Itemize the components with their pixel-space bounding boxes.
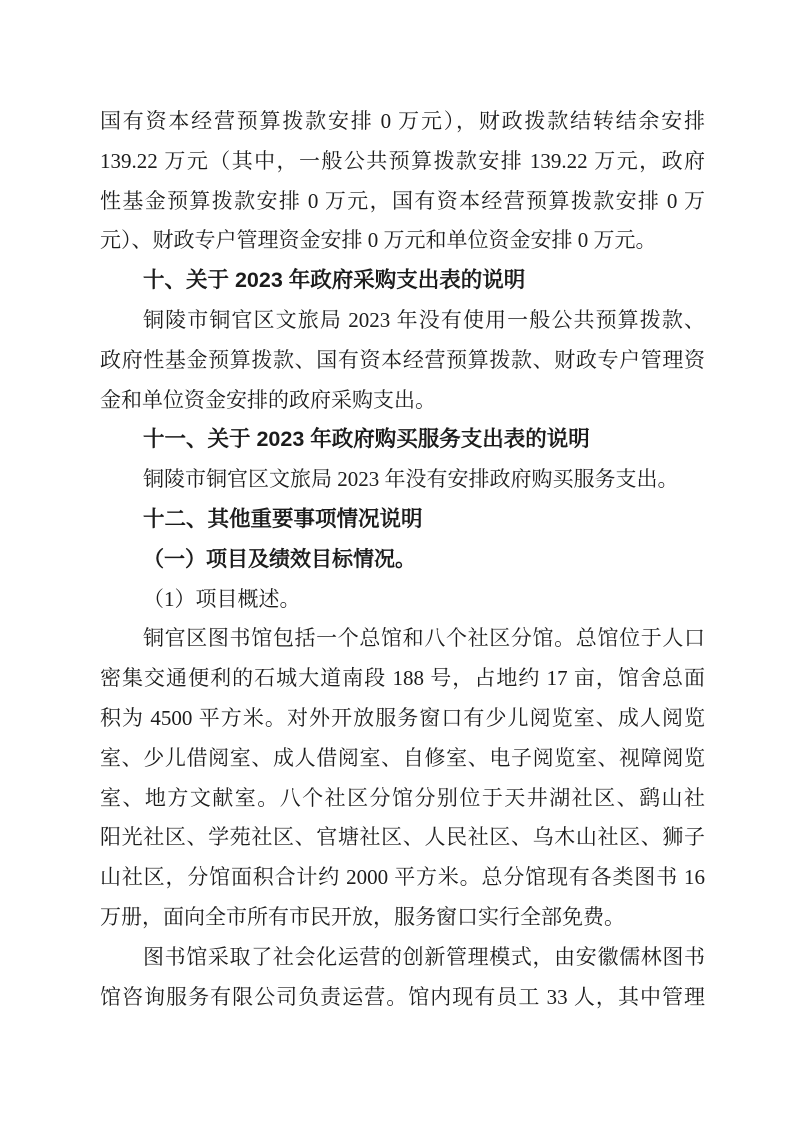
paragraph-line: 金和单位资金安排的政府采购支出。 — [100, 381, 705, 421]
item-heading: （1）项目概述。 — [100, 580, 705, 620]
paragraph-line: 铜陵市铜官区文旅局 2023 年没有安排政府购买服务支出。 — [100, 460, 705, 500]
paragraph-line: 性基金预算拨款安排 0 万元，国有资本经营预算拨款安排 0 万 — [100, 182, 705, 222]
paragraph-line: 139.22 万元（其中，一般公共预算拨款安排 139.22 万元，政府 — [100, 142, 705, 182]
paragraph-line: 元）、财政专户管理资金安排 0 万元和单位资金安排 0 万元。 — [100, 221, 705, 261]
paragraph-line: 密集交通便利的石城大道南段 188 号，占地约 17 亩，馆舍总面 — [100, 659, 705, 699]
subsection-heading: （一）项目及绩效目标情况。 — [100, 540, 705, 580]
paragraph-line: 铜官区图书馆包括一个总馆和八个社区分馆。总馆位于人口 — [100, 619, 705, 659]
section-12-heading: 十二、其他重要事项情况说明 — [100, 500, 705, 540]
paragraph-line: 国有资本经营预算拨款安排 0 万元），财政拨款结转结余安排 — [100, 102, 705, 142]
paragraph-line: 山社区，分馆面积合计约 2000 平方米。总分馆现有各类图书 16 — [100, 858, 705, 898]
section-11-heading: 十一、关于 2023 年政府购买服务支出表的说明 — [100, 420, 705, 460]
document-page: 国有资本经营预算拨款安排 0 万元），财政拨款结转结余安排 139.22 万元（… — [0, 0, 793, 1122]
paragraph-line: 铜陵市铜官区文旅局 2023 年没有使用一般公共预算拨款、 — [100, 301, 705, 341]
paragraph-line: 室、少儿借阅室、成人借阅室、自修室、电子阅览室、视障阅览 — [100, 739, 705, 779]
section-10-heading: 十、关于 2023 年政府采购支出表的说明 — [100, 261, 705, 301]
paragraph-line: 积为 4500 平方米。对外开放服务窗口有少儿阅览室、成人阅览 — [100, 699, 705, 739]
paragraph-line: 图书馆采取了社会化运营的创新管理模式，由安徽儒林图书 — [100, 938, 705, 978]
paragraph-line: 馆咨询服务有限公司负责运营。馆内现有员工 33 人，其中管理 — [100, 978, 705, 1018]
paragraph-line: 室、地方文献室。八个社区分馆分别位于天井湖社区、鹞山社区、 — [100, 779, 705, 819]
paragraph-line: 阳光社区、学苑社区、官塘社区、人民社区、乌木山社区、狮子 — [100, 818, 705, 858]
paragraph-line: 万册，面向全市所有市民开放，服务窗口实行全部免费。 — [100, 898, 705, 938]
paragraph-line: 政府性基金预算拨款、国有资本经营预算拨款、财政专户管理资 — [100, 341, 705, 381]
